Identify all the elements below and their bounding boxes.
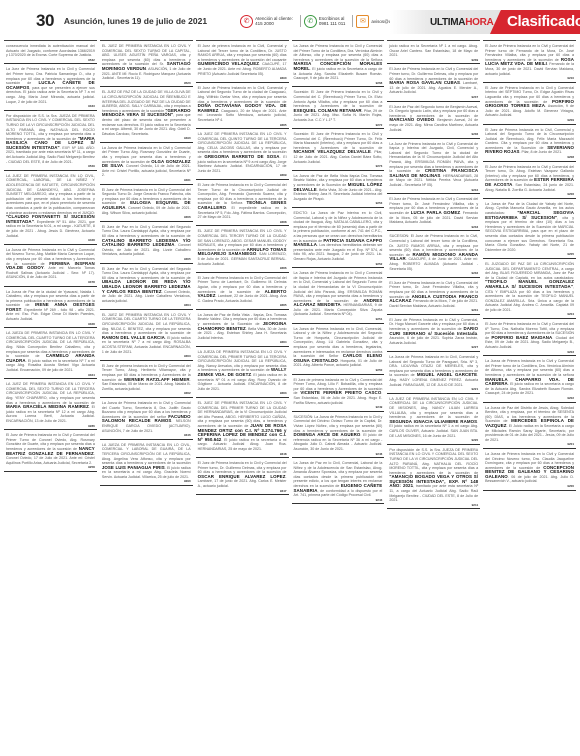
notice-text: LA JUEZ DE PRIMERA INSTANCIA EN LO CIVIL… bbox=[6, 174, 95, 215]
notice-code: 9366 bbox=[102, 215, 191, 220]
legal-notice: La Jueza de Primera Instancia en lo Civi… bbox=[4, 247, 97, 287]
legal-notice: El Juez de Paz del Segundo turno de Benj… bbox=[387, 104, 480, 139]
notice-code: 9249 bbox=[294, 405, 383, 410]
legal-notice: El Juez de Primera Instancia en lo Civil… bbox=[483, 127, 576, 162]
legal-notice: Sucesión: El Juez de Primera Instancia e… bbox=[292, 89, 385, 129]
notice-code: 9272 bbox=[294, 123, 383, 128]
legal-notice: La Jueza de Primera Instancia en lo Civi… bbox=[387, 354, 480, 394]
notice-text: , CITA Y EMPLAZA por 60 días a los hered… bbox=[485, 285, 574, 312]
legal-notice: LA JUEZ DE PRIMERA INSTANCIA EN LO CIVIL… bbox=[4, 381, 97, 430]
legal-notice: EDICTO: La Jueza de Paz Interina en lo C… bbox=[292, 210, 385, 268]
notice-code: 9365 bbox=[102, 257, 191, 262]
legal-notice: LA JUEZ DE PRIMERA INSTANCIA EN LO CIVIL… bbox=[196, 131, 289, 180]
classifieds-columns: consecuencia inmediata la autenticación … bbox=[4, 40, 576, 511]
legal-notice: EL JUEZ DE PRIMERA INSTANCIA EN LO CIVIL… bbox=[196, 400, 289, 458]
notice-code: 9428 bbox=[6, 238, 95, 243]
notice-code: 9333 bbox=[6, 104, 95, 109]
legal-notice: La Jueza de Primera Instancia en lo Civi… bbox=[483, 451, 576, 491]
notice-code: 9389 bbox=[198, 173, 287, 178]
notice-text: El Juez de Primera Instancia en lo Civil… bbox=[389, 67, 478, 80]
notice-code: 9324 bbox=[6, 373, 95, 378]
notice-code: 9253 bbox=[294, 201, 383, 206]
legal-notice: EL JUEZ DE PRIMERA INSTANCIA EN LO CIVIL… bbox=[100, 43, 193, 87]
legal-notice: SUCESION: El Juez de Primera Instancia e… bbox=[387, 233, 480, 277]
notice-code: 9251 bbox=[294, 317, 383, 322]
deceased-name: JOSE LUIS PANIAGUA PIRIS bbox=[102, 465, 165, 470]
deceased-name: EXEQUIEL COLMAN RETAMAR bbox=[294, 108, 362, 113]
notice-text: El Juez de Paz en lo Civil y Comercial d… bbox=[102, 267, 191, 280]
notice-code: 9348 bbox=[198, 452, 287, 457]
deceased-name: MARIA GRACIELA MEDINA RAMIREZ bbox=[6, 404, 89, 409]
notice-text: LA JUEZ DE PRIMERA INSTANCIA EN LO CIVIL… bbox=[389, 397, 478, 419]
notice-text: La Jueza de Primera Instancia en lo Civi… bbox=[485, 359, 574, 377]
deceased-name: WERNER RATZLAFF HEIMER bbox=[124, 377, 190, 382]
deceased-name: "TEOFILO MANUEL GONZALEZ AMARILLA S/ SUC… bbox=[485, 279, 574, 289]
legal-notice: LA JUEZA DE PRIMERA INSTANCIA EN LO CIVI… bbox=[100, 442, 193, 486]
legal-notice: El Juez de primera Instancia en lo Civil… bbox=[100, 363, 193, 398]
notice-code: 9378 bbox=[6, 280, 95, 285]
notice-code: 9234 bbox=[389, 188, 478, 193]
legal-notice: El Juez de Primera Instancia en lo Civil… bbox=[100, 187, 193, 222]
notice-text: EL JUZGADO DE PAZ DE LA CIRCUNSCRIPCIÓN … bbox=[485, 262, 574, 280]
notice-code: 9208 bbox=[485, 155, 574, 160]
legal-notice: LA JUEZ DE PRIMERA INSTANCIA EN LO CIVIL… bbox=[387, 396, 480, 445]
notice-text: LA JUEZ DE PRIMERA INSTANCIA EN LO CIVIL… bbox=[6, 382, 95, 404]
notice-text: El Juez de Primera Instancia en lo Civil… bbox=[198, 86, 287, 104]
deceased-name: SEGUNDA IGNACIA ULIAMBRE RAMOS bbox=[389, 419, 477, 424]
legal-notice: La Jueza de Paz en lo Civil, Comercial, … bbox=[292, 460, 385, 504]
deceased-name: VICENTE FERRER PRIETO CASCO bbox=[300, 390, 381, 395]
notice-text: LA JUEZA DE PRIMERA INSTANCIA EN LO CIVI… bbox=[102, 443, 191, 465]
column-6: El Juez de Primera Instancia en lo Civil… bbox=[483, 40, 576, 511]
legal-notice: El Juez de primera instancia en lo Civil… bbox=[292, 377, 385, 412]
legal-notice: LA JUEZA DE PRIMERA INSTANCIA EN LO CIVI… bbox=[196, 349, 289, 398]
notice-code: 9481 bbox=[102, 178, 191, 183]
legal-notice: El Juez de primera Instancia en lo Civil… bbox=[196, 43, 289, 83]
notice-text: juicio radica en la Secretaría Nº 1 a mi… bbox=[389, 44, 478, 57]
notice-code: 9210 bbox=[485, 76, 574, 81]
legal-notice: El Juez de Paz en lo Civil y Comercial d… bbox=[100, 266, 193, 310]
legal-notice: La Jueza de Primera Instancia en lo Civi… bbox=[100, 145, 193, 185]
notice-code: 9273 bbox=[294, 164, 383, 169]
legal-notice: El Juez de Primera Instancia en lo Civil… bbox=[196, 182, 289, 226]
column-2: EL JUEZ DE PRIMERA INSTANCIA EN LO CIVIL… bbox=[100, 40, 193, 511]
notice-text: El Juez de Primera Instancia en lo Civil… bbox=[198, 461, 287, 474]
notice-text: Sucesión: El Juez de Primera Instancia e… bbox=[294, 90, 383, 108]
page-number: 30 bbox=[36, 11, 54, 31]
legal-notice: SUCESIÓN: La Jueza de Primera Instancia … bbox=[292, 414, 385, 458]
legal-notice: La Juez de Primera Instancia en lo Civil… bbox=[4, 66, 97, 110]
legal-notice: La Jueza de Paz del Distrito de Jesús, A… bbox=[483, 405, 576, 449]
legal-notice: juicio radica en la Secretaría Nº 1 a mi… bbox=[387, 43, 480, 64]
notice-code: 9384 bbox=[198, 340, 287, 345]
deceased-name: NICANOR VELAZQUEZ DELVALLE bbox=[294, 149, 371, 154]
legal-notice: La Jueza de Paz de la Ciudad de Yabaty d… bbox=[483, 201, 576, 259]
legal-notice: EL JUEZ DE PRIMERA INSTANCIA EN LO CIVIL… bbox=[196, 228, 289, 272]
deceased-name: LUCIA PARLA GOMEZ bbox=[411, 210, 460, 215]
notice-text: consecuencia inmediata la autenticación … bbox=[6, 44, 95, 57]
legal-notice: El Juez de Primera Instancia en lo Civil… bbox=[483, 43, 576, 83]
notice-code: 9290 bbox=[102, 479, 191, 484]
legal-notice: El Juez de Primera Instancia en lo Civil… bbox=[387, 280, 480, 315]
contact-value: 0981 111 011 bbox=[319, 21, 346, 26]
contact-phone: ✆ Atención al cliente:415 2000 bbox=[240, 15, 293, 28]
deceased-name: RAMON DEL VALLE GARCIA bbox=[102, 335, 165, 340]
legal-notice: El Juez de Primera Instancia en lo Civil… bbox=[196, 460, 289, 495]
legal-notice: La Jueza de Primera Instancia en lo Civi… bbox=[100, 400, 193, 440]
legal-notice: EL JUEZ DE PAZ DE LA CIUDAD DE VILLA OLI… bbox=[100, 89, 193, 143]
notice-text: El Juez de primera Instancia en lo Civil… bbox=[198, 44, 287, 62]
deceased-name: MARIA ROSA GAVILAN CUBAS bbox=[389, 80, 460, 85]
notice-code: 9362 bbox=[102, 391, 191, 396]
phone-icon: ✆ bbox=[240, 15, 253, 28]
notice-code: 9252 bbox=[294, 262, 383, 267]
deceased-name: DOMINGA ARCE DE AGUERO bbox=[294, 432, 361, 437]
notice-text: . Pilar, 8 de Junio de 2021. bbox=[520, 150, 563, 154]
notice-code: 9385 bbox=[198, 303, 287, 308]
legal-notice: La Jueza de Paz de la ciudad de Ypacaraí… bbox=[4, 289, 97, 329]
legal-notice: La Jueza de Primera Instancia en lo Civi… bbox=[292, 43, 385, 87]
legal-notice: El Juez de Primera Instancia en lo Civil… bbox=[387, 317, 480, 352]
notice-code: 9206 bbox=[485, 192, 574, 197]
legal-notice: La Jueza de Paz de Bella Vista Itapúa Dr… bbox=[292, 173, 385, 208]
notice-code: 9258 bbox=[6, 465, 95, 470]
deceased-name: GUMERCINDO VELAZQUEZ bbox=[198, 61, 259, 66]
notice-text: La Jueza de Primera Instancia en lo Civi… bbox=[294, 44, 383, 62]
legal-notice: Sucesión: El Juez de Primera Instancia e… bbox=[292, 131, 385, 171]
column-4: La Jueza de Primera Instancia en lo Civi… bbox=[292, 40, 385, 511]
legal-notice: La Jueza de Primera Instancia en lo Civi… bbox=[483, 358, 576, 402]
legal-notice: El Juez de Primera Instancia en lo Civil… bbox=[196, 85, 289, 129]
notice-code: 9204 bbox=[485, 312, 574, 317]
notice-text: Sucesión: El Juez de Primera Instancia e… bbox=[294, 132, 383, 150]
notice-code: 9243 bbox=[294, 498, 383, 503]
notice-code: 9286 bbox=[6, 424, 95, 429]
notice-code: 9250 bbox=[294, 368, 383, 373]
legal-notice: El Juez de Primera Instancia en lo Civil… bbox=[387, 66, 480, 101]
deceased-name: OSCAR ENRIQUE ALVAREZ LOPEZ bbox=[198, 474, 286, 479]
notice-code: 9227 bbox=[389, 345, 478, 350]
page-header: 30 Asunción, lunes 19 de julio de 2021 ✆… bbox=[0, 6, 580, 36]
notice-code: 9236 bbox=[389, 132, 478, 137]
legal-notice: El Juez de Paz en lo Civil y Comercial d… bbox=[100, 224, 193, 264]
deceased-name: MARCIANO OVIEDO bbox=[389, 117, 434, 122]
notice-code: 9232 bbox=[389, 271, 478, 276]
notice-code: 9328 bbox=[6, 322, 95, 327]
notice-code: 9202 bbox=[485, 396, 574, 401]
legal-notice: consecuencia inmediata la autenticación … bbox=[4, 43, 97, 64]
column-3: El Juez de primera Instancia en lo Civil… bbox=[196, 40, 289, 511]
legal-notice: La Jueza de Paz de Bella Vista - Itapúa,… bbox=[196, 312, 289, 347]
notice-code: 9211 bbox=[389, 503, 478, 508]
legal-notice: El Juez de Primera Instancia en lo Civil… bbox=[387, 196, 480, 231]
notice-code: 9221 bbox=[389, 387, 478, 392]
notice-text: El Juez de Paz del Segundo turno de Benj… bbox=[389, 105, 478, 118]
notice-text: EL JUEZ DE PRIMERA INSTANCIA EN LO CIVIL… bbox=[102, 313, 191, 335]
email-icon: ✉ bbox=[356, 15, 369, 28]
whatsapp-icon: ✆ bbox=[304, 15, 317, 28]
contact-whatsapp: ✆ Escribinos al0981 111 011 bbox=[304, 15, 346, 28]
contact-value: 415 2000 bbox=[255, 21, 274, 26]
legal-notice: El Juez de Primera Instancia en lo Civil… bbox=[483, 321, 576, 356]
notice-code: 9520 bbox=[102, 81, 191, 86]
notice-code: 9363 bbox=[102, 354, 191, 359]
legal-notice: EL JUEZ DE PRIMERA INSTANCIA EN LO CIVIL… bbox=[100, 312, 193, 361]
notice-code: 9390 bbox=[198, 76, 287, 81]
notice-code: 9231 bbox=[389, 308, 478, 313]
notice-code: 9532 bbox=[6, 58, 95, 63]
legal-notice: La Jueza de Primera Instancia en lo Civi… bbox=[292, 270, 385, 324]
notice-text: El Juez de Paz en lo Civil y Comercial d… bbox=[102, 225, 191, 238]
column-5: juicio radica en la Secretaría Nº 1 a mi… bbox=[387, 40, 480, 511]
notice-text: Por disposición de S.S. la Sra. JUEZA DE… bbox=[389, 448, 478, 475]
legal-notice: El Juez de Primera Instancia en lo Civil… bbox=[483, 85, 576, 125]
notice-code: 9346 bbox=[102, 433, 191, 438]
deceased-name: PORFIRIO BAEZ MAIDANA bbox=[491, 335, 552, 340]
notice-code: 9209 bbox=[485, 118, 574, 123]
legal-notice: La Jueza de Primera Instancia en lo Civi… bbox=[292, 326, 385, 375]
legal-notice: El Juez de Primera Instancia en lo Civil… bbox=[196, 275, 289, 310]
legal-notice: La Juez de Primera Instancia en lo Civil… bbox=[387, 141, 480, 195]
notice-code: 9203 bbox=[485, 350, 574, 355]
legal-notice: LA JUEZA DE PRIMERA INSTANCIA EN LO CIVI… bbox=[4, 330, 97, 379]
issue-date: Asunción, lunes 19 de julio de 2021 bbox=[64, 16, 207, 26]
notice-code: 9200 bbox=[485, 484, 574, 489]
notice-text: SUCESIÓN: La Jueza de Primera Instancia … bbox=[294, 415, 383, 433]
notice-code: 9237 bbox=[389, 95, 478, 100]
legal-notice: EL JUZGADO DE PAZ DE LA CIRCUNSCRIPCIÓN … bbox=[483, 261, 576, 319]
notice-code: 9490 bbox=[102, 136, 191, 141]
notice-code: 9201 bbox=[485, 442, 574, 447]
notice-code: 9205 bbox=[485, 252, 574, 257]
notice-code: 9347 bbox=[198, 489, 287, 494]
column-1: consecuencia inmediata la autenticación … bbox=[4, 40, 97, 511]
notice-code: 9220 bbox=[389, 438, 478, 443]
section-brand: ULTIMAHORA Clasificados bbox=[390, 6, 580, 36]
newspaper-logo: ULTIMAHORA bbox=[430, 17, 493, 28]
section-title: Clasificados bbox=[507, 13, 580, 30]
notice-code: 9364 bbox=[102, 303, 191, 308]
legal-notice: Por disposición de S.S. la Sra. JUEZA DE… bbox=[4, 113, 97, 171]
notice-code: 9529 bbox=[6, 164, 95, 169]
notice-text: , cita y emplaza por el término de diez … bbox=[485, 216, 574, 252]
notice-code: 9388 bbox=[198, 220, 287, 225]
deceased-name: GREGORIA BARRETO DE SOSA bbox=[204, 154, 279, 159]
legal-notice: El Juez de Primera Instancia en lo Civil… bbox=[483, 164, 576, 199]
deceased-name: MIGUEL ANGEL GARCETE bbox=[417, 372, 477, 377]
legal-notice: Por disposición de S.S. la Sra. JUEZA DE… bbox=[387, 447, 480, 510]
legal-notice: LA JUEZ DE PRIMERA INSTANCIA EN LO CIVIL… bbox=[4, 173, 97, 245]
notice-code: 9239 bbox=[389, 58, 478, 63]
notice-code: 9383 bbox=[198, 391, 287, 396]
notice-code: 9386 bbox=[198, 266, 287, 271]
legal-notice: El Juez de Primera Instancia en lo Civil… bbox=[4, 432, 97, 472]
notice-code: 9385 bbox=[198, 123, 287, 128]
notice-code: 9233 bbox=[389, 225, 478, 230]
notice-code: 9246 bbox=[294, 452, 383, 457]
notice-code: 9268 bbox=[294, 81, 383, 86]
